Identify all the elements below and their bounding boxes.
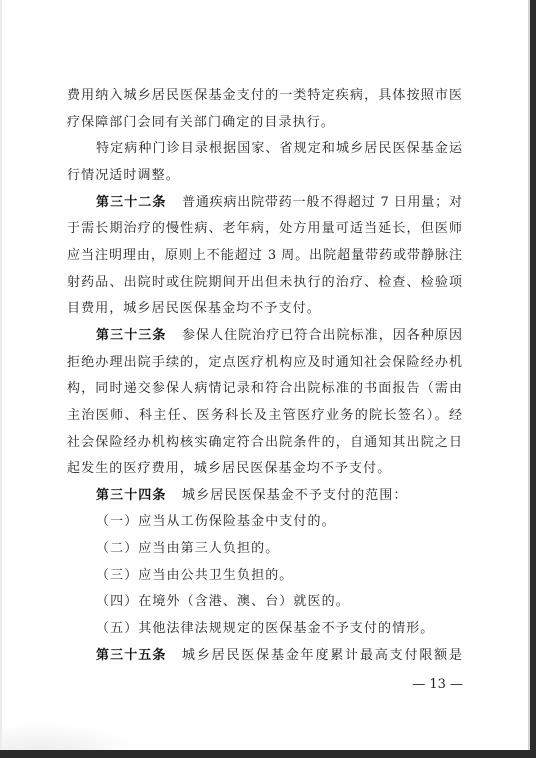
text-line: 构，同时递交参保人病情记录和符合出院标准的书面报告（需由 bbox=[67, 379, 462, 399]
text-line: 参保人住院治疗已符合出院标准，因各种原因 bbox=[182, 326, 462, 346]
text-line: 目费用，城乡居民医保基金均不予支付。 bbox=[67, 299, 321, 319]
page-edge-left bbox=[0, 0, 2, 750]
text-line: 主治医师、科主任、医务科长及主管医疗业务的院长签名）。经 bbox=[67, 406, 462, 426]
text-line: 应当注明理由，原则上不能超过 3 周。出院超量带药或带静脉注 bbox=[67, 246, 462, 266]
page-number: — 13 — bbox=[405, 675, 463, 695]
text-line: 特定病种门诊目录根据国家、省规定和城乡居民医保基金运 bbox=[96, 139, 462, 159]
list-item: （五）其他法律法规规定的医保基金不予支付的情形。 bbox=[96, 619, 434, 639]
list-item: （二）应当由第三人负担的。 bbox=[96, 539, 279, 559]
text-line: 社会保险经办机构核实确定符合出院条件的，自通知其出院之日 bbox=[67, 433, 462, 453]
text-line: 拒绝办理出院手续的，定点医疗机构应及时通知社会保险经办机 bbox=[67, 353, 462, 373]
text-line: 疗保障部门会同有关部门确定的目录执行。 bbox=[67, 113, 335, 133]
article-heading: 第三十三条 bbox=[96, 326, 167, 346]
text-line: 于需长期治疗的慢性病、老年病，处方用量可适当延长，但医师 bbox=[67, 219, 462, 239]
text-line: 起发生的医疗费用，城乡居民医保基金均不予支付。 bbox=[67, 459, 391, 479]
page-edge-right bbox=[528, 0, 530, 750]
list-item: （一）应当从工伤保险基金中支付的。 bbox=[96, 512, 336, 532]
text-line: 普通疾病出院带药一般不得超过 7 日用量；对 bbox=[182, 193, 462, 213]
article-heading: 第三十二条 bbox=[96, 193, 167, 213]
list-item: （四）在境外（含港、澳、台）就医的。 bbox=[96, 592, 350, 612]
text-line: 城乡居民医保基金不予支付的范围： bbox=[182, 486, 408, 506]
document-page: 费用纳入城乡居民医保基金支付的一类特定疾病，具体按照市医 疗保障部门会同有关部门… bbox=[0, 0, 530, 750]
text-line: 行情况适时调整。 bbox=[67, 166, 180, 186]
article-heading: 第三十五条 bbox=[96, 646, 167, 666]
article-heading: 第三十四条 bbox=[96, 486, 167, 506]
text-line: 射药品、出院时或住院期间开出但未执行的治疗、检查、检验项 bbox=[67, 273, 462, 293]
text-line: 费用纳入城乡居民医保基金支付的一类特定疾病，具体按照市医 bbox=[67, 86, 462, 106]
text-line: 城乡居民医保基金年度累计最高支付限额是 bbox=[182, 646, 462, 666]
list-item: （三）应当由公共卫生负担的。 bbox=[96, 566, 293, 586]
